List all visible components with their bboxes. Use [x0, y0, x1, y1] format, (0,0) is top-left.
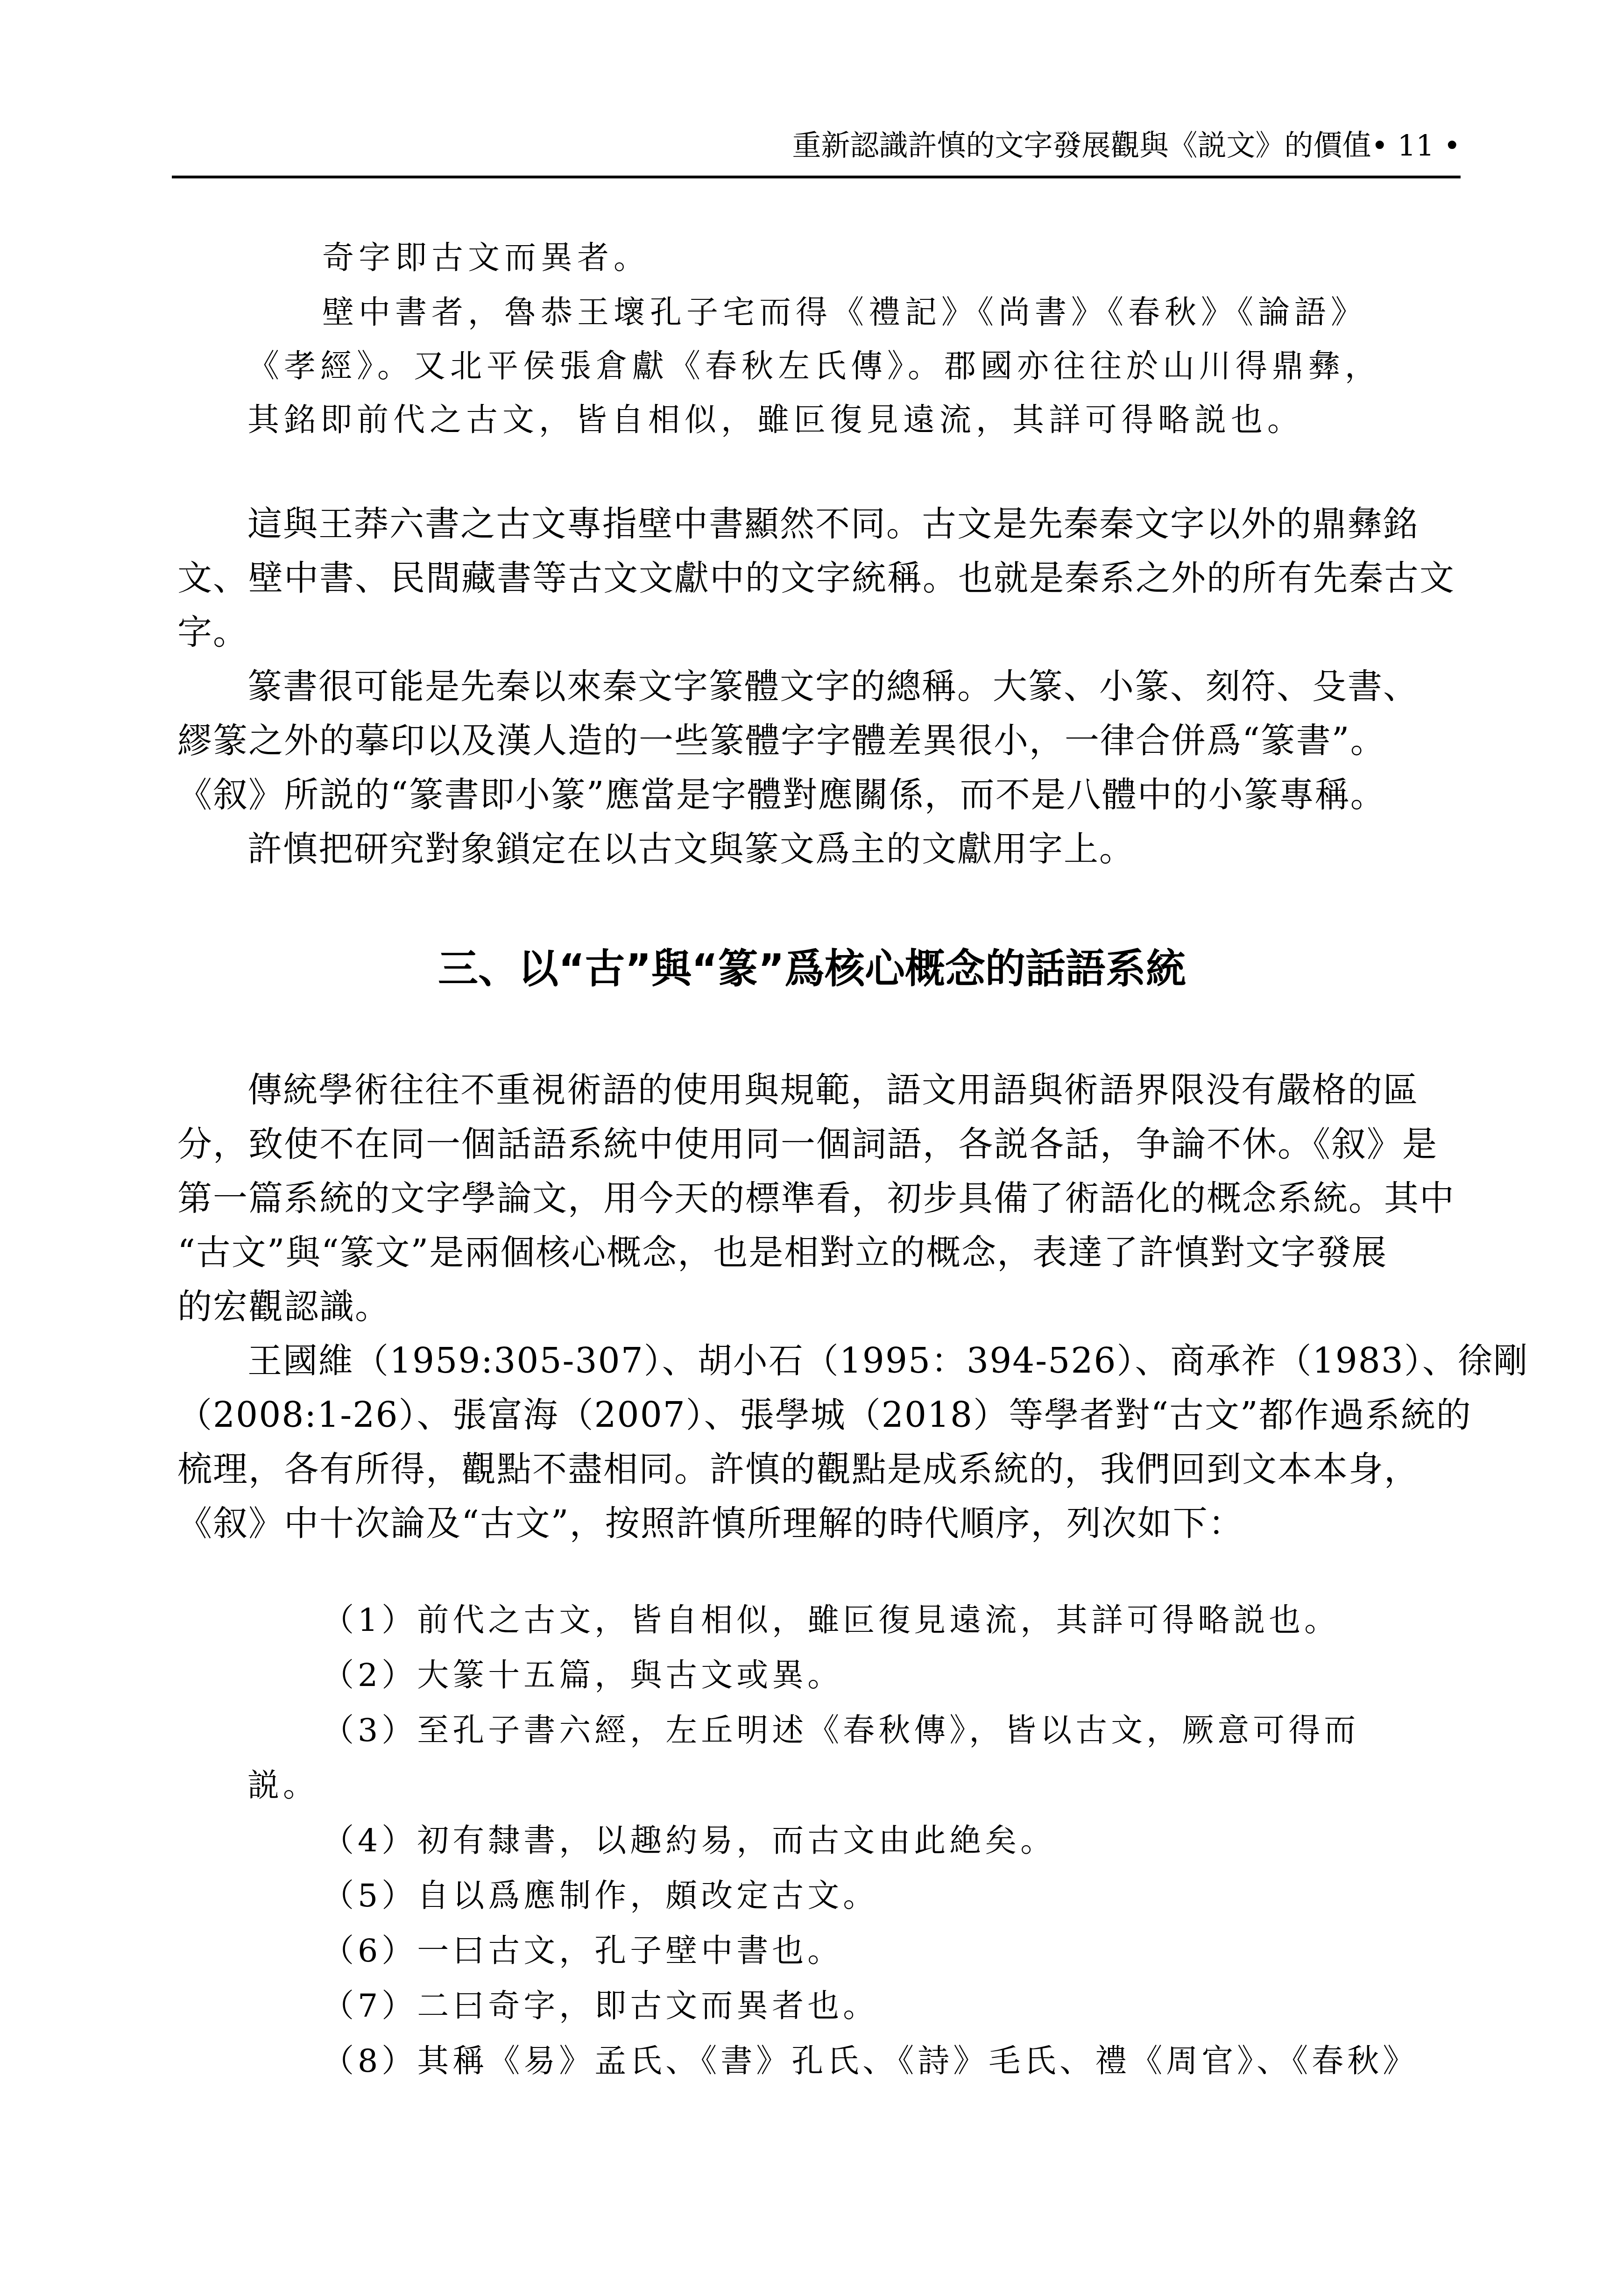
quote-line: 奇字即古文而異者。 [322, 235, 650, 282]
running-title: 重新認識許慎的文字發展觀與《説文》的價值 [792, 128, 1371, 163]
list-item: （8）其稱《易》孟氏、《書》孔氏、《詩》毛氏、禮《周官》、《春秋》 [322, 2038, 1418, 2085]
quote-line: 《孝經》。又北平侯張倉獻《春秋左氏傳》。郡國亦往往於山川得鼎彝， [247, 343, 1381, 390]
paragraph-line: 《叙》中十次論及“古文”，按照許慎所理解的時代順序，列次如下： [177, 1500, 1244, 1547]
paragraph-line: 字。 [177, 609, 248, 656]
paragraph-line: 第一篇系統的文字學論文，用今天的標準看，初步具備了術語化的概念系統。其中 [177, 1175, 1455, 1222]
paragraph-line: 梳理，各有所得，觀點不盡相同。許慎的觀點是成系統的，我們回到文本本身， [177, 1446, 1419, 1493]
running-header: 重新認識許慎的文字發展觀與《説文》的價值• 11 • [172, 122, 1461, 169]
list-item: （1）前代之古文，皆自相似，雖叵復見遠流，其詳可得略説也。 [322, 1597, 1340, 1644]
paragraph-line: 的宏觀認識。 [177, 1283, 390, 1330]
paragraph-line: 繆篆之外的摹印以及漢人造的一些篆體字字體差異很小，一律合併爲“篆書”。 [177, 717, 1386, 764]
paragraph-line: “古文”與“篆文”是兩個核心概念，也是相對立的概念，表達了許慎對文字發展 [177, 1229, 1387, 1276]
quote-line: 壁中書者，魯恭王壞孔子宅而得《禮記》《尚書》《春秋》《論語》 [322, 290, 1367, 336]
page-number: • 11 • [1371, 128, 1461, 163]
paragraph-line: 文、壁中書、民間藏書等古文文獻中的文字統稱。也就是秦系之外的所有先秦古文 [177, 555, 1455, 602]
list-item: （4）初有隸書，以趣約易，而古文由此絶矣。 [322, 1818, 1056, 1864]
section-heading: 三、以“古”與“篆”爲核心概念的話語系統 [0, 941, 1624, 997]
quote-line: 其銘即前代之古文，皆自相似，雖叵復見遠流，其詳可得略説也。 [247, 397, 1304, 444]
paragraph-line: 傳統學術往往不重視術語的使用與規範，語文用語與術語界限没有嚴格的區 [247, 1067, 1419, 1113]
paragraph-line: 這與王莽六書之古文專指壁中書顯然不同。古文是先秦秦文字以外的鼎彝銘 [247, 501, 1419, 547]
list-item: （5）自以爲應制作，頗改定古文。 [322, 1873, 878, 1920]
paragraph-line: 分，致使不在同一個話語系統中使用同一個詞語，各説各話，争論不休。《叙》是 [177, 1121, 1438, 1168]
list-item: （3）至孔子書六經，左丘明述《春秋傳》，皆以古文，厥意可得而 [322, 1707, 1359, 1754]
list-item: （6）一曰古文，孔子壁中書也。 [322, 1928, 843, 1975]
paragraph-line: 許慎把研究對象鎖定在以古文與篆文爲主的文獻用字上。 [247, 826, 1135, 872]
paragraph-line: （2008:1-26）、張富海（2007）、張學城（2018）等學者對“古文”都… [177, 1392, 1472, 1438]
list-item: （2）大篆十五篇，與古文或異。 [322, 1652, 843, 1699]
paragraph-line: 篆書很可能是先秦以來秦文字篆體文字的總稱。大篆、小篆、刻符、殳書、 [247, 663, 1419, 710]
paragraph-line: 《叙》所説的“篆書即小篆”應當是字體對應關係，而不是八體中的小篆專稱。 [177, 772, 1386, 818]
paragraph-line: 王國維（1959:305-307）、胡小石（1995：394-526）、商承祚（… [247, 1338, 1529, 1384]
list-item-continuation: 説。 [247, 1763, 318, 1809]
header-rule [172, 176, 1461, 178]
list-item: （7）二曰奇字，即古文而異者也。 [322, 1983, 878, 2030]
